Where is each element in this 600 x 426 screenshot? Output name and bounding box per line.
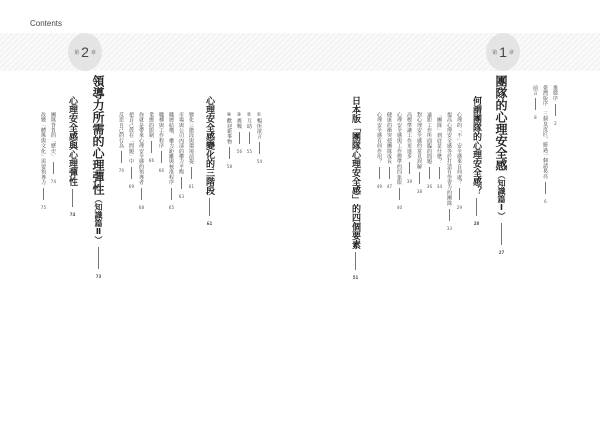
- entry-label: 心理的「不」安全感來自何處？: [456, 112, 463, 185]
- entry-label: 臺灣版序 三個臭皮匠，勝過一個諸葛亮: [542, 85, 549, 179]
- entry-label: 團隊背負的「歷史」: [50, 112, 57, 159]
- leader-line: [72, 189, 73, 207]
- page-number: 55: [247, 149, 253, 154]
- entry-label: 市場與公司內部的權力平衡: [178, 112, 185, 174]
- page-number: 74: [70, 212, 76, 217]
- section-label: 心理安全感與心理彈性: [66, 96, 79, 186]
- leader-line: [439, 167, 440, 179]
- page-number: 54: [257, 159, 263, 164]
- toc-item[interactable]: 改變「體係與文化」需要領導力75: [40, 112, 47, 210]
- chapter-title-paren: （知識篇Ⅱ）: [93, 195, 104, 244]
- entry-label: ④歡迎新事物: [226, 112, 233, 144]
- page-number: 34: [437, 184, 443, 189]
- page-number: 47: [387, 184, 393, 189]
- chapter-number: 2: [81, 45, 89, 59]
- page-number: 2: [554, 121, 557, 126]
- leader-line: [131, 167, 132, 179]
- leader-line: [161, 151, 162, 163]
- chapter-number: 1: [499, 45, 507, 59]
- entry-label: 「團隊」到底是什麼？: [436, 112, 443, 164]
- entry-label: 高標準讓工作更進步: [406, 112, 413, 159]
- section-what-is-psych-safety[interactable]: 何謂團隊的心理安全感？28: [470, 96, 483, 226]
- entry-label: ①暢所欲言: [256, 112, 263, 139]
- page-number: 66: [159, 168, 165, 173]
- entry-label: 職種與工作程序: [158, 112, 165, 148]
- toc-item[interactable]: 職層結構、權力距離與核准程序65: [168, 112, 175, 210]
- leader-line: [389, 167, 390, 179]
- leader-line: [151, 141, 152, 153]
- toc-item[interactable]: 高標準讓工作更進步39: [406, 112, 413, 184]
- toc-item[interactable]: ③挑戰56: [236, 112, 243, 154]
- toc-item[interactable]: 健康的衝突使團隊成長47: [386, 112, 393, 189]
- toc-item[interactable]: 團隊背負的「歷史」74: [50, 112, 57, 184]
- leader-line: [545, 182, 546, 194]
- leader-line: [239, 132, 240, 144]
- toc-item[interactable]: 對心理安全感的常見誤解38: [416, 112, 423, 194]
- leader-line: [555, 104, 556, 116]
- page-number: 28: [474, 221, 480, 226]
- toc-entry-foreword[interactable]: 推薦序2: [552, 85, 559, 126]
- toc-item[interactable]: 變化三階段與環境前提61: [188, 112, 195, 189]
- page-number: 27: [499, 250, 505, 255]
- chapter-title-label: 團隊的心理安全感: [493, 75, 510, 171]
- leader-line: [476, 198, 477, 216]
- page-number: 74: [51, 179, 57, 184]
- chapter-suffix: 章: [509, 49, 514, 56]
- page-number: 65: [169, 205, 175, 210]
- leader-line: [53, 162, 54, 174]
- chapter-prefix: 第: [492, 49, 497, 56]
- page-number: 69: [129, 184, 135, 189]
- toc-item[interactable]: 業態的限制66: [148, 112, 155, 163]
- leader-line: [409, 162, 410, 174]
- toc-entry-introduction[interactable]: 前言8: [532, 85, 539, 120]
- page-number: 58: [227, 164, 233, 169]
- page-number: 70: [119, 168, 125, 173]
- toc-item[interactable]: ②互助55: [246, 112, 253, 154]
- page-number: 8: [534, 115, 537, 120]
- chapter-prefix: 第: [74, 49, 79, 56]
- toc-item[interactable]: ④歡迎新事物58: [226, 112, 233, 169]
- contents-label: Contents: [30, 19, 62, 28]
- page-number: 36: [427, 184, 433, 189]
- entry-label: 健康的衝突使團隊成長: [386, 112, 393, 164]
- entry-label: 心理安全感有何作用？: [376, 112, 383, 164]
- page-number: 49: [377, 184, 383, 189]
- page-number: 29: [457, 205, 463, 210]
- entry-label: 前言: [532, 85, 539, 95]
- chapter-suffix: 章: [91, 49, 96, 56]
- leader-line: [98, 247, 99, 269]
- leader-line: [209, 198, 210, 216]
- entry-label: 心理安全感與工作標準的四象限: [396, 112, 403, 185]
- page-number: 6: [544, 199, 547, 204]
- page-number: 39: [407, 179, 413, 184]
- page-number: 63: [179, 194, 185, 199]
- page-number: 68: [139, 205, 145, 210]
- section-psych-safety-and-flexibility[interactable]: 心理安全感與心理彈性74: [66, 96, 79, 217]
- toc-item[interactable]: 職種與工作程序66: [158, 112, 165, 173]
- toc-item[interactable]: ①暢所欲言54: [256, 112, 263, 164]
- entry-label: ③挑戰: [236, 112, 243, 129]
- entry-label: ②互助: [246, 112, 253, 129]
- leader-line: [429, 167, 430, 179]
- page-number: 51: [353, 275, 359, 280]
- entry-label: 反思自己的行為: [118, 112, 125, 148]
- leader-line: [229, 147, 230, 159]
- toc-item[interactable]: 提高心理安全感等於打造有學習力的團隊33: [446, 112, 453, 231]
- page-number: 56: [237, 149, 243, 154]
- page-number: 61: [207, 221, 213, 226]
- leader-line: [121, 151, 122, 163]
- page-number: 40: [397, 205, 403, 210]
- entry-label: 職層結構、權力距離與核准程序: [168, 112, 175, 185]
- section-japan-four-elements[interactable]: 日本版「團隊心理安全感」的四個要素51: [349, 96, 362, 280]
- toc-item[interactable]: 遠距工作所面臨的問題36: [426, 112, 433, 189]
- toc-entry-taiwan-preface[interactable]: 臺灣版序 三個臭皮匠，勝過一個諸葛亮6: [542, 85, 549, 204]
- section-label: 心理安全感變化的三階段: [203, 96, 216, 195]
- section-label: 日本版「團隊心理安全感」的四個要素: [349, 96, 362, 249]
- toc-item[interactable]: 心理的「不」安全感來自何處？29: [456, 112, 463, 210]
- chapter-title-label: 領導力所需的心理彈性: [90, 75, 107, 195]
- leader-line: [535, 98, 536, 110]
- section-three-stages[interactable]: 心理安全感變化的三階段61: [203, 96, 216, 226]
- leader-line: [399, 188, 400, 200]
- entry-label: 遠距工作所面臨的問題: [426, 112, 433, 164]
- toc-item[interactable]: 心理安全感有何作用？49: [376, 112, 383, 189]
- toc-item[interactable]: 心理安全感與工作標準的四象限40: [396, 112, 403, 210]
- page-number: 75: [41, 205, 47, 210]
- entry-label: 推薦序: [552, 85, 559, 101]
- chapter-1-title[interactable]: 團隊的心理安全感（知識篇Ⅰ）27: [493, 75, 510, 255]
- toc-item[interactable]: 你就是帶來心理安全感的領導者68: [138, 112, 145, 210]
- entry-label: 業態的限制: [148, 112, 155, 138]
- toc-item[interactable]: 市場與公司內部的權力平衡63: [178, 112, 185, 199]
- leader-line: [449, 209, 450, 221]
- toc-item[interactable]: 反思自己的行為70: [118, 112, 125, 173]
- page-number: 33: [447, 226, 453, 231]
- leader-line: [141, 188, 142, 200]
- leader-line: [419, 172, 420, 184]
- leader-line: [379, 167, 380, 179]
- page-number: 73: [96, 274, 102, 279]
- chapter-2-title[interactable]: 領導力所需的心理彈性（知識篇Ⅱ）73: [90, 75, 107, 279]
- leader-line: [181, 177, 182, 189]
- entry-label: 提高心理安全感等於打造有學習力的團隊: [446, 112, 453, 206]
- chapter-2-badge: 第 2 章: [68, 33, 102, 71]
- leader-line: [43, 188, 44, 200]
- section-label: 何謂團隊的心理安全感？: [470, 96, 483, 195]
- chapter-title-paren: （知識篇Ⅰ）: [496, 171, 507, 220]
- leader-line: [501, 223, 502, 245]
- leader-line: [171, 188, 172, 200]
- leader-line: [355, 252, 356, 270]
- leader-line: [191, 167, 192, 179]
- page-number: 38: [417, 189, 423, 194]
- leader-line: [249, 132, 250, 144]
- entry-label: 改變「體係與文化」需要領導力: [40, 112, 47, 185]
- leader-line: [259, 142, 260, 154]
- page-number: 61: [189, 184, 195, 189]
- entry-label: 變化三階段與環境前提: [188, 112, 195, 164]
- toc-item[interactable]: 「團隊」到底是什麼？34: [436, 112, 443, 189]
- page-number: 66: [149, 158, 155, 163]
- leader-line: [459, 188, 460, 200]
- entry-label: 把自己放在「問題」中: [128, 112, 135, 164]
- toc-item[interactable]: 把自己放在「問題」中69: [128, 112, 135, 189]
- entry-label: 對心理安全感的常見誤解: [416, 112, 423, 169]
- chapter-1-badge: 第 1 章: [486, 33, 520, 71]
- entry-label: 你就是帶來心理安全感的領導者: [138, 112, 145, 185]
